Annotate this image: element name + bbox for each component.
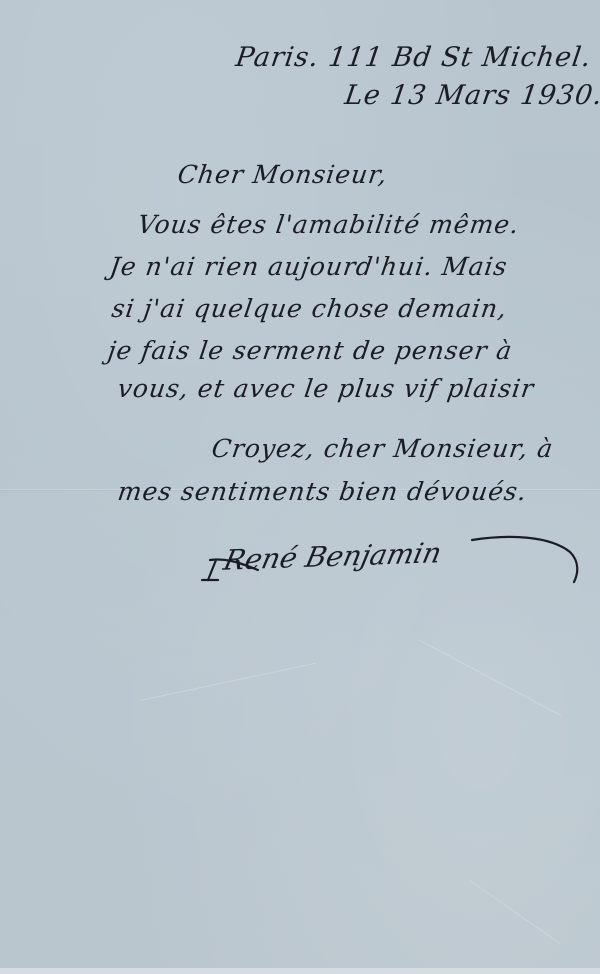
signature-underline-icon [198,556,268,586]
body-line: vous, et avec le plus vif plaisir [116,374,536,403]
paper-crease [420,640,562,716]
signature-flourish-icon [470,530,590,590]
body-line: Vous êtes l'amabilité même. [136,210,521,239]
salutation: Cher Monsieur, [176,160,390,189]
paper-crease [470,880,561,944]
letter-sheet: Paris. 111 Bd St Michel. Le 13 Mars 1930… [0,0,600,970]
body-line: Je n'ai rien aujourd'hui. Mais [108,252,510,281]
letter-address: Paris. 111 Bd St Michel. [234,42,594,73]
letter-date: Le 13 Mars 1930. [343,80,600,111]
closing-line: Croyez, cher Monsieur, à [210,434,555,463]
paper-crease [140,663,316,701]
closing-line: mes sentiments bien dévoués. [116,477,529,506]
body-line: si j'ai quelque chose demain, [110,294,509,323]
scan-bottom-edge [0,968,600,974]
body-line: je fais le serment de penser à [106,336,514,365]
